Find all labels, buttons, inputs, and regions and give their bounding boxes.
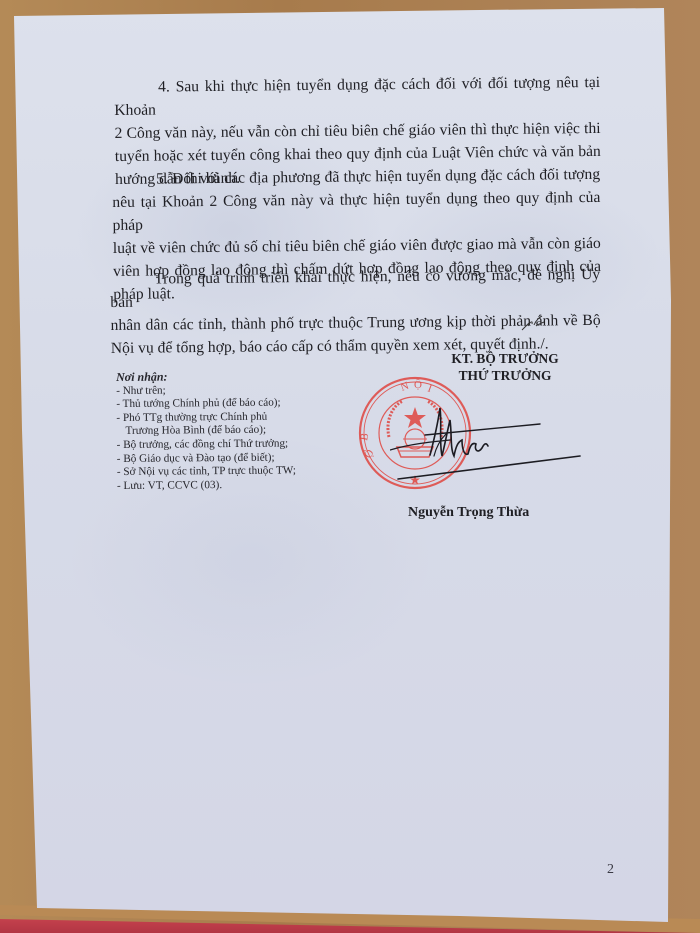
page-number: 2 [607, 862, 614, 878]
recipient-item: - Lưu: VT, CCVC (03). [117, 478, 296, 493]
svg-text:B: B [358, 432, 371, 441]
recipients-block: Nơi nhận: - Như trên; - Thủ tướng Chính … [116, 369, 296, 493]
svg-text:I: I [426, 383, 434, 396]
recipient-item: - Sở Nội vụ các tỉnh, TP trực thuộc TW; [117, 465, 296, 480]
text-line: 4. Sau khi thực hiện tuyển dụng đặc cách… [114, 71, 600, 122]
initials-mark [520, 314, 546, 332]
svg-text:Ộ: Ộ [362, 448, 376, 461]
paragraph-closing: Trong quá trình triển khai thực hiện, nế… [110, 263, 601, 360]
recipient-item: - Bộ trưởng, các đồng chí Thứ trưởng; [117, 437, 296, 452]
text-line: Trong quá trình triển khai thực hiện, nế… [110, 263, 600, 314]
handwritten-signature [390, 400, 590, 490]
svg-text:Ộ: Ộ [414, 379, 422, 391]
svg-text:N: N [399, 380, 411, 394]
signature-title-line1: KT. BỘ TRƯỞNG [405, 350, 605, 367]
signer-name: Nguyễn Trọng Thừa [408, 505, 529, 521]
text-line: nêu tại Khoản 2 Công văn này và thực hiệ… [112, 186, 600, 237]
recipient-item: - Thủ tướng Chính phủ (để báo cáo); [116, 397, 295, 412]
